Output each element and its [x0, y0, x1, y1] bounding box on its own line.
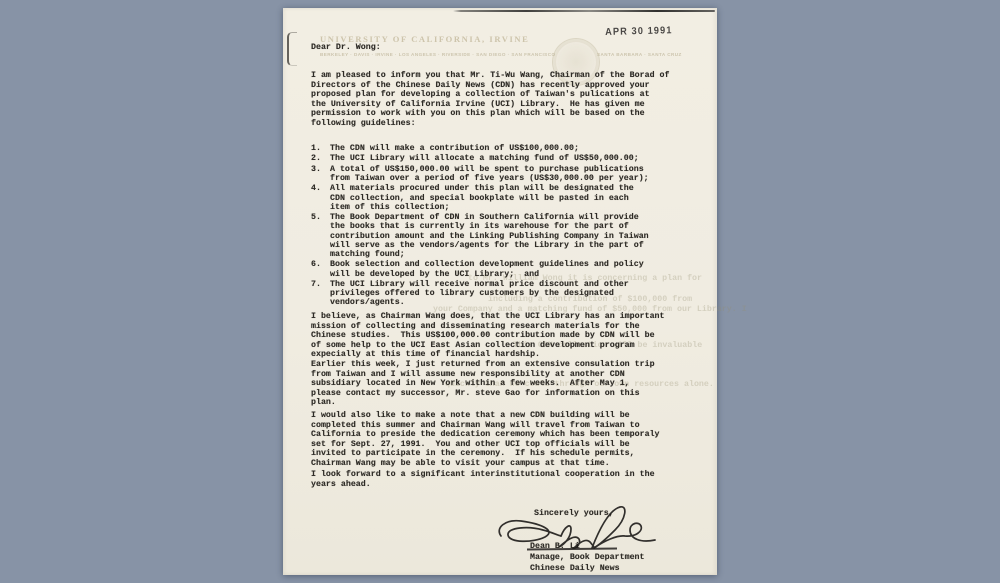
- signature-strike: [527, 547, 617, 550]
- guideline-item: 7. The UCI Library will receive normal p…: [311, 280, 686, 308]
- salutation: Dear Dr. Wong:: [311, 43, 381, 53]
- guideline-item: 1. The CDN will make a contribution of U…: [311, 144, 686, 153]
- signature: [493, 502, 673, 564]
- scanned-letter-view: UNIVERSITY OF CALIFORNIA, IRVINE BERKELE…: [0, 0, 1000, 583]
- guideline-text: The CDN will make a contribution of US$1…: [330, 144, 579, 153]
- guideline-item: 5. The Book Department of CDN in Souther…: [311, 213, 686, 259]
- scan-edge-artifact: [453, 10, 715, 12]
- guideline-number: 3.: [311, 165, 330, 183]
- paperclip-mark: [287, 32, 297, 66]
- letterhead-campuses-left: BERKELEY · DAVIS · IRVINE · LOS ANGELES …: [320, 52, 555, 58]
- paragraph-intro: I am pleased to inform you that Mr. Ti-W…: [311, 71, 689, 129]
- guideline-number: 1.: [311, 144, 330, 153]
- guidelines-list: 1. The CDN will make a contribution of U…: [311, 144, 686, 309]
- guideline-text: A total of US$150,000.00 will be spent t…: [330, 165, 649, 183]
- paragraph-building: I would also like to make a note that a …: [311, 411, 689, 469]
- signer-organization: Chinese Daily News: [530, 564, 620, 574]
- guideline-text: Book selection and collection developmen…: [330, 260, 644, 278]
- guideline-number: 6.: [311, 260, 330, 278]
- letterhead-campuses-right: SANTA BARBARA · SANTA CRUZ: [597, 52, 682, 58]
- paragraph-believe: I believe, as Chairman Wang does, that t…: [311, 312, 689, 360]
- guideline-number: 2.: [311, 154, 330, 163]
- guideline-text: The UCI Library will allocate a matching…: [330, 154, 639, 163]
- date-stamp: APR 30 1991: [605, 25, 673, 38]
- guideline-text: The Book Department of CDN in Southern C…: [330, 213, 649, 259]
- guideline-item: 6. Book selection and collection develop…: [311, 260, 686, 278]
- paragraph-earlier: Earlier this week, I just returned from …: [311, 360, 689, 408]
- guideline-item: 3. A total of US$150,000.00 will be spen…: [311, 165, 686, 183]
- guideline-item: 4. All materials procured under this pla…: [311, 184, 686, 212]
- paragraph-ahead: I look forward to a significant interins…: [311, 470, 689, 489]
- guideline-item: 2. The UCI Library will allocate a match…: [311, 154, 686, 163]
- guideline-number: 4.: [311, 184, 330, 212]
- guideline-text: All materials procured under this plan w…: [330, 184, 634, 212]
- guideline-number: 5.: [311, 213, 330, 259]
- guideline-text: The UCI Library will receive normal pric…: [330, 280, 629, 308]
- letter-page: UNIVERSITY OF CALIFORNIA, IRVINE BERKELE…: [283, 8, 717, 575]
- guideline-number: 7.: [311, 280, 330, 308]
